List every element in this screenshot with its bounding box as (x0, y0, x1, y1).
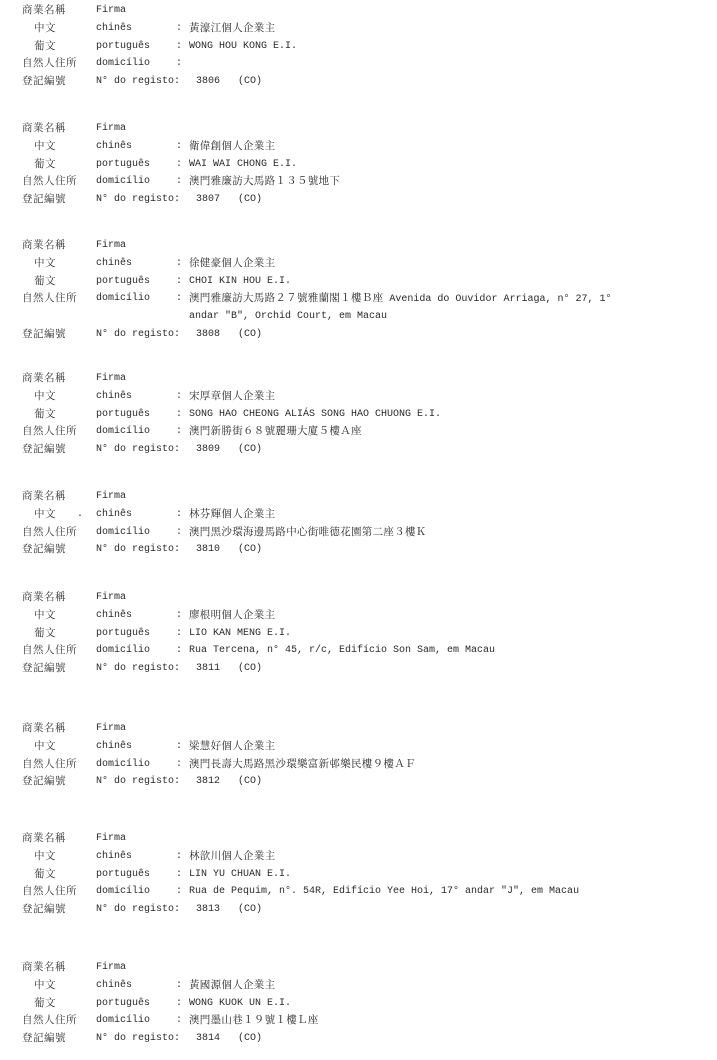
chinese-name-row: 中文 chinês : 黃濠江個人企業主 (22, 20, 712, 38)
registry-number: 3811 (196, 660, 220, 678)
colon: : (176, 506, 182, 524)
portuguese-label-pt: português (96, 38, 150, 56)
firm-label-pt: Firma (96, 589, 126, 607)
chinese-name-row: 中文 . chinês : 林芬輝個人企業主 (22, 506, 712, 524)
firm-label-pt: Firma (96, 959, 126, 977)
colon: : (176, 977, 182, 995)
chinese-label-pt: chinês (96, 138, 132, 156)
domicile-label-zh: 自然人住所 (22, 642, 77, 660)
colon: : (176, 1012, 182, 1030)
firm-header-row: 商業名稱 Firma (22, 237, 712, 255)
record-3813: 商業名稱 Firma 中文 chinês : 林歆川個人企業主 葡文 portu… (22, 830, 712, 919)
chinese-label-zh: 中文 (34, 506, 56, 524)
registry-type: (CO) (238, 441, 262, 459)
firm-label-pt: Firma (96, 488, 126, 506)
registry-label-pt: N° do registo: (96, 326, 180, 344)
firm-header-row: 商業名稱 Firma (22, 488, 712, 506)
registry-label-zh: 登記編號 (22, 660, 66, 678)
chinese-label-zh: 中文 (34, 977, 56, 995)
colon: : (176, 607, 182, 625)
chinese-label-pt: chinês (96, 977, 132, 995)
registry-type: (CO) (238, 773, 262, 791)
chinese-label-zh: 中文 (34, 138, 56, 156)
portuguese-name-value: LIO KAN MENG E.I. (189, 625, 291, 643)
domicile-row: 自然人住所 domicílio : Rua Tercena, n° 45, r/… (22, 642, 712, 660)
portuguese-label-zh: 葡文 (34, 38, 56, 56)
domicile-label-zh: 自然人住所 (22, 55, 77, 73)
registry-label-zh: 登記編號 (22, 901, 66, 919)
registry-label-pt: N° do registo: (96, 660, 180, 678)
chinese-label-zh: 中文 (34, 20, 56, 38)
portuguese-name-value: WAI WAI CHONG E.I. (189, 156, 297, 174)
colon: : (176, 642, 182, 660)
firm-header-row: 商業名稱 Firma (22, 959, 712, 977)
registry-label-pt: N° do registo: (96, 73, 180, 91)
firm-label-zh: 商業名稱 (22, 959, 66, 977)
registry-label-pt: N° do registo: (96, 441, 180, 459)
registry-type: (CO) (238, 73, 262, 91)
registry-label-pt: N° do registo: (96, 541, 180, 559)
colon: : (176, 55, 182, 73)
portuguese-label-zh: 葡文 (34, 273, 56, 291)
firm-label-zh: 商業名稱 (22, 237, 66, 255)
chinese-name-row: 中文 chinês : 梁慧好個人企業主 (22, 738, 712, 756)
colon: : (176, 625, 182, 643)
portuguese-name-row: 葡文 português : WONG KUOK UN E.I. (22, 995, 712, 1013)
chinese-name-row: 中文 chinês : 衛偉創個人企業主 (22, 138, 712, 156)
registry-label-pt: N° do registo: (96, 191, 180, 209)
firm-label-pt: Firma (96, 2, 126, 20)
registry-label-zh: 登記編號 (22, 441, 66, 459)
registry-label-zh: 登記編號 (22, 541, 66, 559)
chinese-name-row: 中文 chinês : 徐健豪個人企業主 (22, 255, 712, 273)
domicile-label-zh: 自然人住所 (22, 756, 77, 774)
firm-label-zh: 商業名稱 (22, 120, 66, 138)
chinese-label-pt: chinês (96, 20, 132, 38)
colon: : (176, 406, 182, 424)
firm-label-zh: 商業名稱 (22, 488, 66, 506)
record-3806: 商業名稱 Firma 中文 chinês : 黃濠江個人企業主 葡文 portu… (22, 2, 712, 91)
domicile-label-pt: domicílio (96, 423, 150, 441)
record-3811: 商業名稱 Firma 中文 chinês : 廖根明個人企業主 葡文 portu… (22, 589, 712, 678)
colon: : (176, 524, 182, 542)
record-3809: 商業名稱 Firma 中文 chinês : 宋厚章個人企業主 葡文 portu… (22, 370, 712, 459)
portuguese-label-pt: português (96, 406, 150, 424)
firm-header-row: 商業名稱 Firma (22, 720, 712, 738)
chinese-name-row: 中文 chinês : 宋厚章個人企業主 (22, 388, 712, 406)
colon: : (176, 273, 182, 291)
portuguese-name-row: 葡文 português : CHOI KIN HOU E.I. (22, 273, 712, 291)
portuguese-label-pt: português (96, 273, 150, 291)
firm-label-pt: Firma (96, 830, 126, 848)
record-3814: 商業名稱 Firma 中文 chinês : 黃國源個人企業主 葡文 portu… (22, 959, 712, 1048)
stray-dot-mark: . (77, 506, 83, 524)
portuguese-label-pt: português (96, 625, 150, 643)
portuguese-label-zh: 葡文 (34, 406, 56, 424)
registry-row: 登記編號 N° do registo: 3813 (CO) (22, 901, 712, 919)
chinese-label-pt: chinês (96, 738, 132, 756)
firm-header-row: 商業名稱 Firma (22, 370, 712, 388)
chinese-label-pt: chinês (96, 255, 132, 273)
portuguese-label-zh: 葡文 (34, 156, 56, 174)
colon: : (176, 290, 182, 308)
firm-header-row: 商業名稱 Firma (22, 589, 712, 607)
domicile-label-pt: domicílio (96, 290, 150, 308)
colon: : (176, 20, 182, 38)
domicile-value: 澳門雅廉訪大馬路１３５號地下 (189, 173, 340, 191)
chinese-label-zh: 中文 (34, 607, 56, 625)
chinese-label-pt: chinês (96, 506, 132, 524)
chinese-name-row: 中文 chinês : 廖根明個人企業主 (22, 607, 712, 625)
portuguese-label-zh: 葡文 (34, 995, 56, 1013)
colon: : (176, 848, 182, 866)
colon: : (176, 38, 182, 56)
portuguese-label-pt: português (96, 866, 150, 884)
registry-type: (CO) (238, 901, 262, 919)
colon: : (176, 423, 182, 441)
domicile-label-zh: 自然人住所 (22, 524, 77, 542)
registry-type: (CO) (238, 191, 262, 209)
domicile-label-pt: domicílio (96, 55, 150, 73)
registry-row: 登記編號 N° do registo: 3808 (CO) (22, 326, 712, 344)
registry-label-zh: 登記編號 (22, 326, 66, 344)
registry-row: 登記編號 N° do registo: 3814 (CO) (22, 1030, 712, 1048)
registry-type: (CO) (238, 1030, 262, 1048)
domicile-label-zh: 自然人住所 (22, 883, 77, 901)
chinese-label-pt: chinês (96, 848, 132, 866)
registry-type: (CO) (238, 541, 262, 559)
firm-label-zh: 商業名稱 (22, 589, 66, 607)
colon: : (176, 995, 182, 1013)
colon: : (176, 156, 182, 174)
domicile-label-zh: 自然人住所 (22, 423, 77, 441)
domicile-value: 澳門雅廉訪大馬路２７號雅蘭閣１樓Ｂ座 Avenida do Ouvidor Ar… (189, 290, 611, 309)
domicile-row: 自然人住所 domicílio : 澳門墨山巷１９號１樓Ｌ座 (22, 1012, 712, 1030)
registry-label-zh: 登記編號 (22, 1030, 66, 1048)
portuguese-label-zh: 葡文 (34, 625, 56, 643)
registry-label-pt: N° do registo: (96, 901, 180, 919)
firm-label-zh: 商業名稱 (22, 720, 66, 738)
chinese-name-value: 宋厚章個人企業主 (189, 388, 275, 406)
firm-label-pt: Firma (96, 237, 126, 255)
registry-type: (CO) (238, 326, 262, 344)
chinese-name-value: 林歆川個人企業主 (189, 848, 275, 866)
domicile-label-pt: domicílio (96, 1012, 150, 1030)
colon: : (176, 738, 182, 756)
chinese-name-value: 黃國源個人企業主 (189, 977, 275, 995)
portuguese-name-row: 葡文 português : SONG HAO CHEONG ALIÁS SON… (22, 406, 712, 424)
domicile-row: 自然人住所 domicílio : 澳門雅廉訪大馬路２７號雅蘭閣１樓Ｂ座 Ave… (22, 290, 712, 308)
portuguese-label-pt: português (96, 995, 150, 1013)
portuguese-name-value: CHOI KIN HOU E.I. (189, 273, 291, 291)
domicile-value: Rua Tercena, n° 45, r/c, Edifício Son Sa… (189, 642, 495, 660)
portuguese-name-value: WONG KUOK UN E.I. (189, 995, 291, 1013)
colon: : (176, 255, 182, 273)
chinese-name-value: 徐健豪個人企業主 (189, 255, 275, 273)
firm-header-row: 商業名稱 Firma (22, 2, 712, 20)
colon: : (176, 388, 182, 406)
domicile-row: 自然人住所 domicílio : Rua de Pequim, n°. 54R… (22, 883, 712, 901)
chinese-label-zh: 中文 (34, 848, 56, 866)
registry-row: 登記編號 N° do registo: 3809 (CO) (22, 441, 712, 459)
domicile-value: Rua de Pequim, n°. 54R, Edifício Yee Hoi… (189, 883, 579, 901)
domicile-value-zh: 澳門雅廉訪大馬路２７號雅蘭閣１樓Ｂ座 (189, 292, 383, 304)
domicile-value-pt-line1: Avenida do Ouvidor Arriaga, n° 27, 1° (389, 294, 611, 305)
domicile-value: 澳門墨山巷１９號１樓Ｌ座 (189, 1012, 319, 1030)
firm-label-pt: Firma (96, 120, 126, 138)
domicile-label-pt: domicílio (96, 524, 150, 542)
chinese-name-value: 梁慧好個人企業主 (189, 738, 275, 756)
domicile-label-zh: 自然人住所 (22, 1012, 77, 1030)
record-3807: 商業名稱 Firma 中文 chinês : 衛偉創個人企業主 葡文 portu… (22, 120, 712, 209)
registry-number: 3809 (196, 441, 220, 459)
portuguese-name-value: WONG HOU KONG E.I. (189, 38, 297, 56)
chinese-label-pt: chinês (96, 607, 132, 625)
chinese-name-value: 林芬輝個人企業主 (189, 506, 275, 524)
record-3812: 商業名稱 Firma 中文 chinês : 梁慧好個人企業主 自然人住所 do… (22, 720, 712, 791)
portuguese-label-pt: português (96, 156, 150, 174)
registry-type: (CO) (238, 660, 262, 678)
portuguese-name-row: 葡文 português : LIN YU CHUAN E.I. (22, 866, 712, 884)
firm-header-row: 商業名稱 Firma (22, 830, 712, 848)
domicile-row: 自然人住所 domicílio : 澳門長壽大馬路黑沙環樂富新邨樂民樓９樓ＡＦ (22, 756, 712, 774)
domicile-continuation-row: andar "B", Orchid Court, em Macau (22, 308, 712, 326)
registry-number: 3810 (196, 541, 220, 559)
registry-row: 登記編號 N° do registo: 3806 (CO) (22, 73, 712, 91)
domicile-row: 自然人住所 domicílio : (22, 55, 712, 73)
registry-row: 登記編號 N° do registo: 3810 (CO) (22, 541, 712, 559)
chinese-name-value: 黃濠江個人企業主 (189, 20, 275, 38)
firm-label-zh: 商業名稱 (22, 2, 66, 20)
registry-row: 登記編號 N° do registo: 3807 (CO) (22, 191, 712, 209)
registry-label-zh: 登記編號 (22, 773, 66, 791)
colon: : (176, 138, 182, 156)
domicile-row: 自然人住所 domicílio : 澳門雅廉訪大馬路１３５號地下 (22, 173, 712, 191)
registry-number: 3807 (196, 191, 220, 209)
chinese-name-row: 中文 chinês : 林歆川個人企業主 (22, 848, 712, 866)
registry-label-zh: 登記編號 (22, 73, 66, 91)
chinese-label-zh: 中文 (34, 738, 56, 756)
domicile-label-pt: domicílio (96, 756, 150, 774)
domicile-label-pt: domicílio (96, 173, 150, 191)
colon: : (176, 883, 182, 901)
registry-number: 3806 (196, 73, 220, 91)
record-3810: 商業名稱 Firma 中文 . chinês : 林芬輝個人企業主 自然人住所 … (22, 488, 712, 559)
chinese-label-pt: chinês (96, 388, 132, 406)
registry-row: 登記編號 N° do registo: 3812 (CO) (22, 773, 712, 791)
domicile-label-zh: 自然人住所 (22, 290, 77, 308)
domicile-row: 自然人住所 domicílio : 澳門新勝街６８號麗珊大廈５樓Ａ座 (22, 423, 712, 441)
portuguese-name-row: 葡文 português : LIO KAN MENG E.I. (22, 625, 712, 643)
registry-label-pt: N° do registo: (96, 1030, 180, 1048)
domicile-row: 自然人住所 domicílio : 澳門黑沙環海邊馬路中心街唯德花園第二座３樓Ｋ (22, 524, 712, 542)
domicile-value: 澳門長壽大馬路黑沙環樂富新邨樂民樓９樓ＡＦ (189, 756, 416, 774)
domicile-label-zh: 自然人住所 (22, 173, 77, 191)
firm-label-zh: 商業名稱 (22, 830, 66, 848)
portuguese-label-zh: 葡文 (34, 866, 56, 884)
portuguese-name-row: 葡文 português : WONG HOU KONG E.I. (22, 38, 712, 56)
chinese-name-value: 衛偉創個人企業主 (189, 138, 275, 156)
firm-label-zh: 商業名稱 (22, 370, 66, 388)
chinese-name-value: 廖根明個人企業主 (189, 607, 275, 625)
firm-header-row: 商業名稱 Firma (22, 120, 712, 138)
registry-label-zh: 登記編號 (22, 191, 66, 209)
colon: : (176, 756, 182, 774)
domicile-value: 澳門新勝街６８號麗珊大廈５樓Ａ座 (189, 423, 362, 441)
domicile-value: 澳門黑沙環海邊馬路中心街唯德花園第二座３樓Ｋ (189, 524, 427, 542)
chinese-name-row: 中文 chinês : 黃國源個人企業主 (22, 977, 712, 995)
chinese-label-zh: 中文 (34, 388, 56, 406)
firm-label-pt: Firma (96, 720, 126, 738)
portuguese-name-row: 葡文 português : WAI WAI CHONG E.I. (22, 156, 712, 174)
chinese-label-zh: 中文 (34, 255, 56, 273)
portuguese-name-value: LIN YU CHUAN E.I. (189, 866, 291, 884)
portuguese-name-value: SONG HAO CHEONG ALIÁS SONG HAO CHUONG E.… (189, 406, 441, 424)
registry-number: 3812 (196, 773, 220, 791)
record-3808: 商業名稱 Firma 中文 chinês : 徐健豪個人企業主 葡文 portu… (22, 237, 712, 344)
domicile-label-pt: domicílio (96, 642, 150, 660)
colon: : (176, 866, 182, 884)
registry-number: 3813 (196, 901, 220, 919)
registry-row: 登記編號 N° do registo: 3811 (CO) (22, 660, 712, 678)
domicile-value-pt-line2: andar "B", Orchid Court, em Macau (189, 308, 387, 326)
registry-number: 3808 (196, 326, 220, 344)
domicile-label-pt: domicílio (96, 883, 150, 901)
registry-number: 3814 (196, 1030, 220, 1048)
colon: : (176, 173, 182, 191)
registry-label-pt: N° do registo: (96, 773, 180, 791)
firm-label-pt: Firma (96, 370, 126, 388)
